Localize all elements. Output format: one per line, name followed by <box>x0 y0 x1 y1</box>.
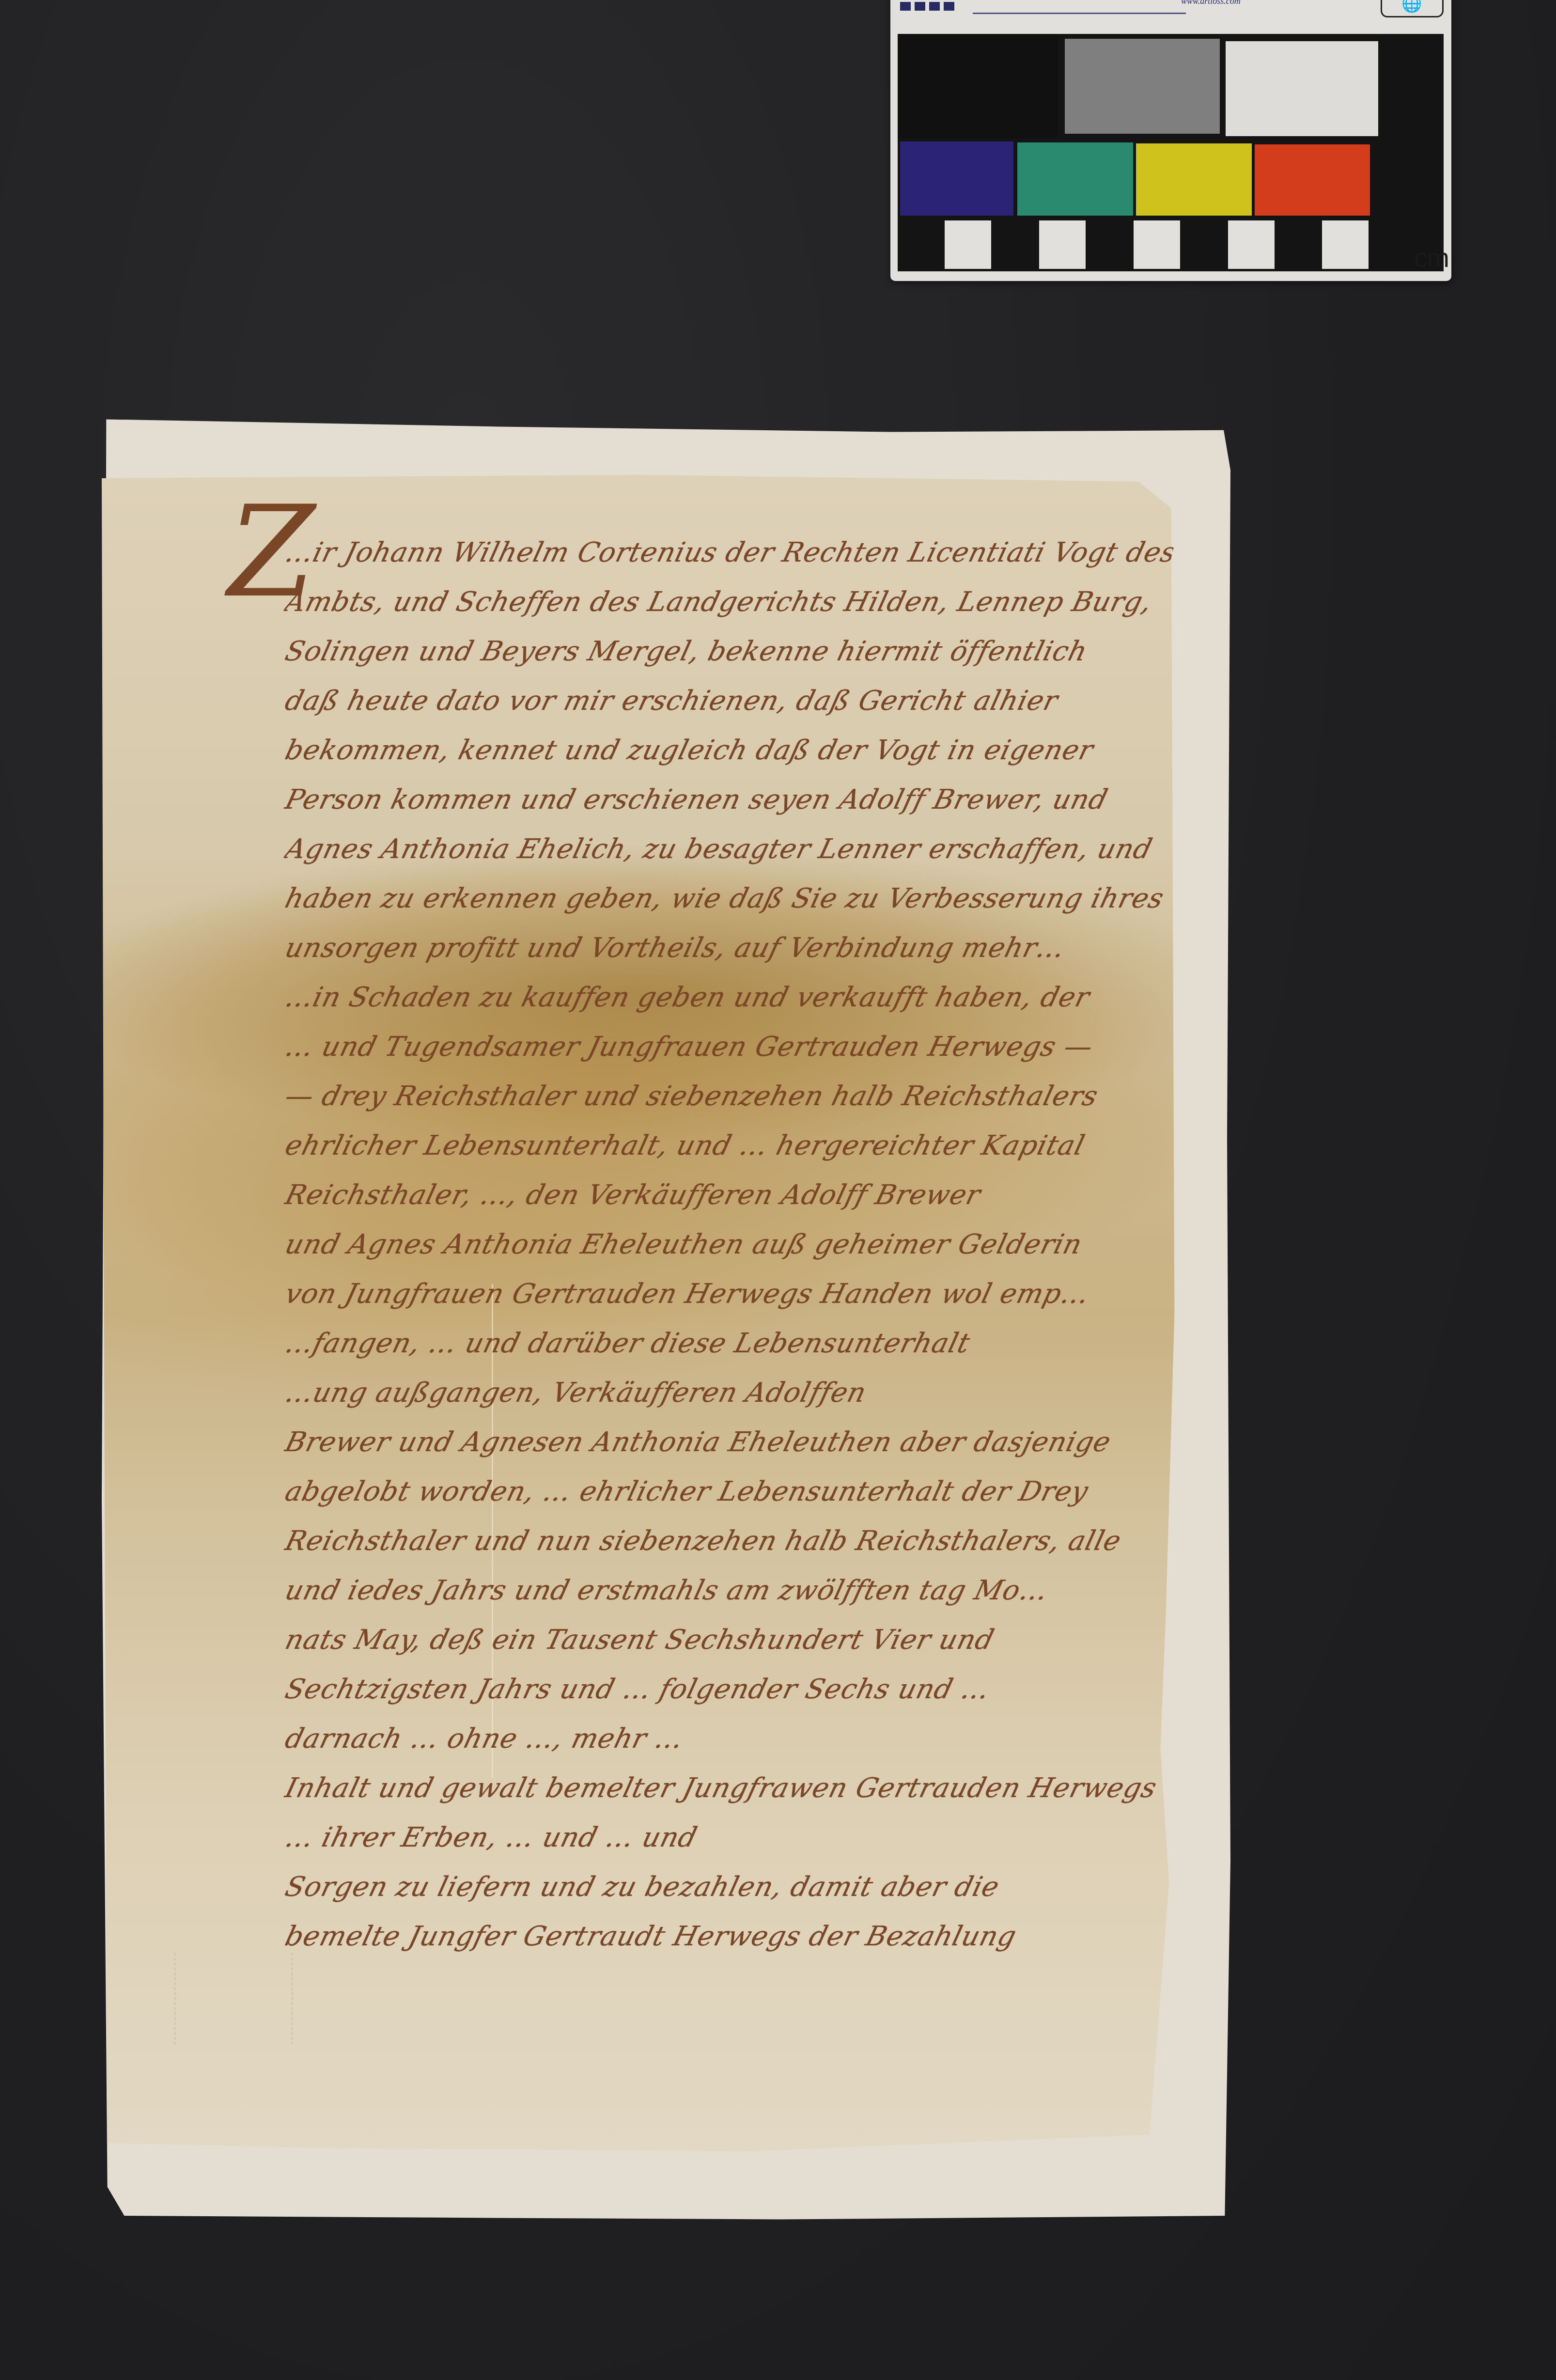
globe-icon: 🌐 <box>1402 0 1422 13</box>
scale-segment <box>1322 220 1369 269</box>
text-line: … und Tugendsamer Jungfrauen Gertrauden … <box>280 1022 1178 1072</box>
text-line: nats May, deß ein Tausent Sechshundert V… <box>280 1615 1178 1665</box>
handwritten-text: …ir Johann Wilhelm Cortenius der Rechten… <box>286 528 1172 1961</box>
text-line: Agnes Anthonia Ehelich, zu besagter Lenn… <box>280 825 1178 874</box>
patch-white <box>1226 41 1378 136</box>
object-id-badge: 🌐Object ID <box>1381 0 1444 17</box>
text-line: Inhalt und gewalt bemelter Jungfrawen Ge… <box>280 1764 1178 1813</box>
scale-segment <box>1228 220 1275 269</box>
text-line: …in Schaden zu kauffen geben und verkauf… <box>280 973 1178 1022</box>
text-line: Solingen und Beyers Mergel, bekenne hier… <box>280 627 1178 676</box>
scale-segment <box>1134 220 1180 269</box>
scale-bar <box>898 216 1444 271</box>
text-line: — drey Reichsthaler und siebenzehen halb… <box>280 1072 1178 1121</box>
card-url: www.artloss.com <box>1181 0 1241 6</box>
text-line: von Jungfrauen Gertrauden Herwegs Handen… <box>280 1269 1178 1319</box>
text-line: …ir Johann Wilhelm Cortenius der Rechten… <box>280 528 1178 578</box>
text-line: bekommen, kennet und zugleich daß der Vo… <box>280 726 1178 775</box>
text-line: …fangen, … und darüber diese Lebensunter… <box>280 1319 1178 1368</box>
scale-segment <box>945 220 991 269</box>
color-calibration-card: www.artloss.com 🌐Object ID cm <box>890 0 1451 281</box>
text-line: Brewer und Agnesen Anthonia Eheleuthen a… <box>280 1418 1178 1467</box>
text-line: …ung außgangen, Verkäufferen Adolffen <box>280 1368 1178 1418</box>
scale-segment <box>1039 220 1086 269</box>
text-line: Sorgen zu liefern und zu bezahlen, damit… <box>280 1863 1178 1912</box>
text-line: daß heute dato vor mir erschienen, daß G… <box>280 676 1178 726</box>
text-line: … ihrer Erben, … und … und <box>280 1813 1178 1863</box>
text-line: unsorgen profitt und Vortheils, auf Verb… <box>280 924 1178 973</box>
blind-stamp <box>174 1953 293 2045</box>
patch-mid-grey <box>1065 39 1220 134</box>
card-rule <box>973 13 1186 14</box>
text-line: haben zu erkennen geben, wie daß Sie zu … <box>280 874 1178 924</box>
text-line: und Agnes Anthonia Eheleuthen auß geheim… <box>280 1220 1178 1269</box>
text-line: Person kommen und erschienen seyen Adolf… <box>280 775 1178 825</box>
text-line: abgelobt worden, … ehrlicher Lebensunter… <box>280 1467 1178 1517</box>
cm-label: cm <box>1414 242 1448 273</box>
text-line: ehrlicher Lebensunterhalt, und … hergere… <box>280 1121 1178 1171</box>
text-line: bemelte Jungfer Gertraudt Herwegs der Be… <box>280 1912 1178 1961</box>
text-line: Reichsthaler und nun siebenzehen halb Re… <box>280 1517 1178 1566</box>
text-line: Ambts, und Scheffen des Landgerichts Hil… <box>280 578 1178 627</box>
patch-black <box>898 34 1058 138</box>
text-line: Reichsthaler, …, den Verkäufferen Adolff… <box>280 1171 1178 1220</box>
logo-blocks-icon <box>900 0 968 15</box>
text-line: darnach … ohne …, mehr … <box>280 1714 1178 1764</box>
text-line: Sechtzigsten Jahrs und … folgender Sechs… <box>280 1665 1178 1714</box>
text-line: und iedes Jahrs und erstmahls am zwölfft… <box>280 1566 1178 1615</box>
